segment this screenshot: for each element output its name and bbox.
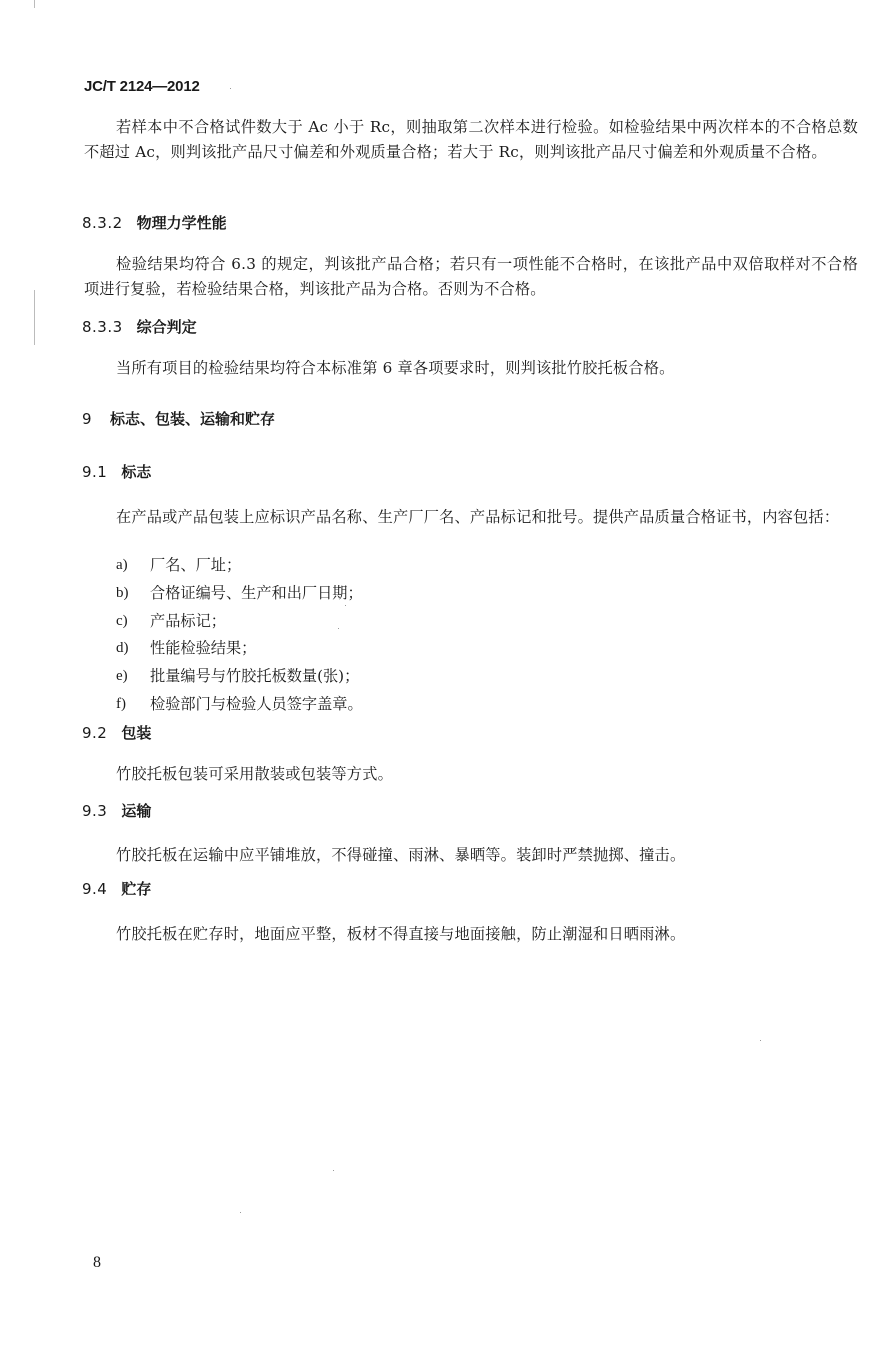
list-text: 厂名、厂址； xyxy=(150,552,241,580)
list-marker: d) xyxy=(116,635,150,663)
list-text: 检验部门与检验人员签字盖章。 xyxy=(150,691,363,719)
chapter-heading-9: 9标志、包装、运输和贮存 xyxy=(82,408,275,429)
list-item: b)合格证编号、生产和出厂日期； xyxy=(116,580,363,608)
scan-speck xyxy=(760,1040,761,1041)
section-paragraph-8-3-2: 检验结果均符合 6.3 的规定，判该批产品合格；若只有一项性能不合格时，在该批产… xyxy=(84,252,858,302)
scan-speck xyxy=(240,1212,241,1213)
section-paragraph-8-3-3: 当所有项目的检验结果均符合本标准第 6 章各项要求时，则判该批竹胶托板合格。 xyxy=(84,356,858,381)
chapter-number: 9 xyxy=(82,410,92,428)
section-heading-8-3-2: 8.3.2物理力学性能 xyxy=(82,212,227,233)
list-marker: f) xyxy=(116,691,150,719)
list-marker: c) xyxy=(116,608,150,636)
intro-paragraph: 若样本中不合格试件数大于 Ac 小于 Rc，则抽取第二次样本进行检验。如检验结果… xyxy=(84,115,858,165)
scan-speck xyxy=(230,88,231,89)
section-title: 标志 xyxy=(121,463,151,481)
scan-speck xyxy=(530,520,531,521)
scan-edge-mark xyxy=(34,290,35,345)
list-text: 性能检验结果； xyxy=(150,635,256,663)
section-title: 包装 xyxy=(121,724,151,742)
section-title: 综合判定 xyxy=(137,318,197,336)
scan-speck xyxy=(338,628,339,629)
section-number: 8.3.2 xyxy=(82,214,123,232)
list-item: c)产品标记； xyxy=(116,608,363,636)
section-heading-9-1: 9.1标志 xyxy=(82,461,151,482)
list-marker: e) xyxy=(116,663,150,691)
section-number: 9.4 xyxy=(82,880,107,898)
list-text: 产品标记； xyxy=(150,608,226,636)
list-text: 批量编号与竹胶托板数量(张)； xyxy=(150,663,359,691)
section-paragraph-9-4: 竹胶托板在贮存时，地面应平整，板材不得直接与地面接触，防止潮湿和日晒雨淋。 xyxy=(84,922,858,947)
certificate-contents-list: a)厂名、厂址； b)合格证编号、生产和出厂日期； c)产品标记； d)性能检验… xyxy=(116,552,363,719)
standard-code: JC/T 2124—2012 xyxy=(84,78,200,95)
section-heading-9-3: 9.3运输 xyxy=(82,800,151,821)
list-marker: b) xyxy=(116,580,150,608)
section-title: 物理力学性能 xyxy=(137,214,227,232)
section-paragraph-9-1: 在产品或产品包装上应标识产品名称、生产厂厂名、产品标记和批号。提供产品质量合格证… xyxy=(84,505,858,530)
section-title: 运输 xyxy=(121,802,151,820)
list-item: e)批量编号与竹胶托板数量(张)； xyxy=(116,663,363,691)
section-paragraph-9-3: 竹胶托板在运输中应平铺堆放，不得碰撞、雨淋、暴晒等。装卸时严禁抛掷、撞击。 xyxy=(84,843,858,868)
section-heading-9-2: 9.2包装 xyxy=(82,722,151,743)
section-number: 9.1 xyxy=(82,463,107,481)
scan-edge-mark xyxy=(34,0,35,8)
list-item: f)检验部门与检验人员签字盖章。 xyxy=(116,691,363,719)
list-item: a)厂名、厂址； xyxy=(116,552,363,580)
list-text: 合格证编号、生产和出厂日期； xyxy=(150,580,363,608)
scan-speck xyxy=(345,605,346,606)
section-number: 8.3.3 xyxy=(82,318,123,336)
section-heading-9-4: 9.4贮存 xyxy=(82,878,151,899)
section-number: 9.3 xyxy=(82,802,107,820)
document-page: JC/T 2124—2012 若样本中不合格试件数大于 Ac 小于 Rc，则抽取… xyxy=(0,0,895,1345)
list-item: d)性能检验结果； xyxy=(116,635,363,663)
section-title: 贮存 xyxy=(121,880,151,898)
section-number: 9.2 xyxy=(82,724,107,742)
section-paragraph-9-2: 竹胶托板包装可采用散装或包装等方式。 xyxy=(84,762,858,787)
page-number: 8 xyxy=(93,1254,101,1272)
scan-speck xyxy=(333,1170,334,1171)
section-heading-8-3-3: 8.3.3综合判定 xyxy=(82,316,197,337)
chapter-title: 标志、包装、运输和贮存 xyxy=(110,410,275,428)
list-marker: a) xyxy=(116,552,150,580)
